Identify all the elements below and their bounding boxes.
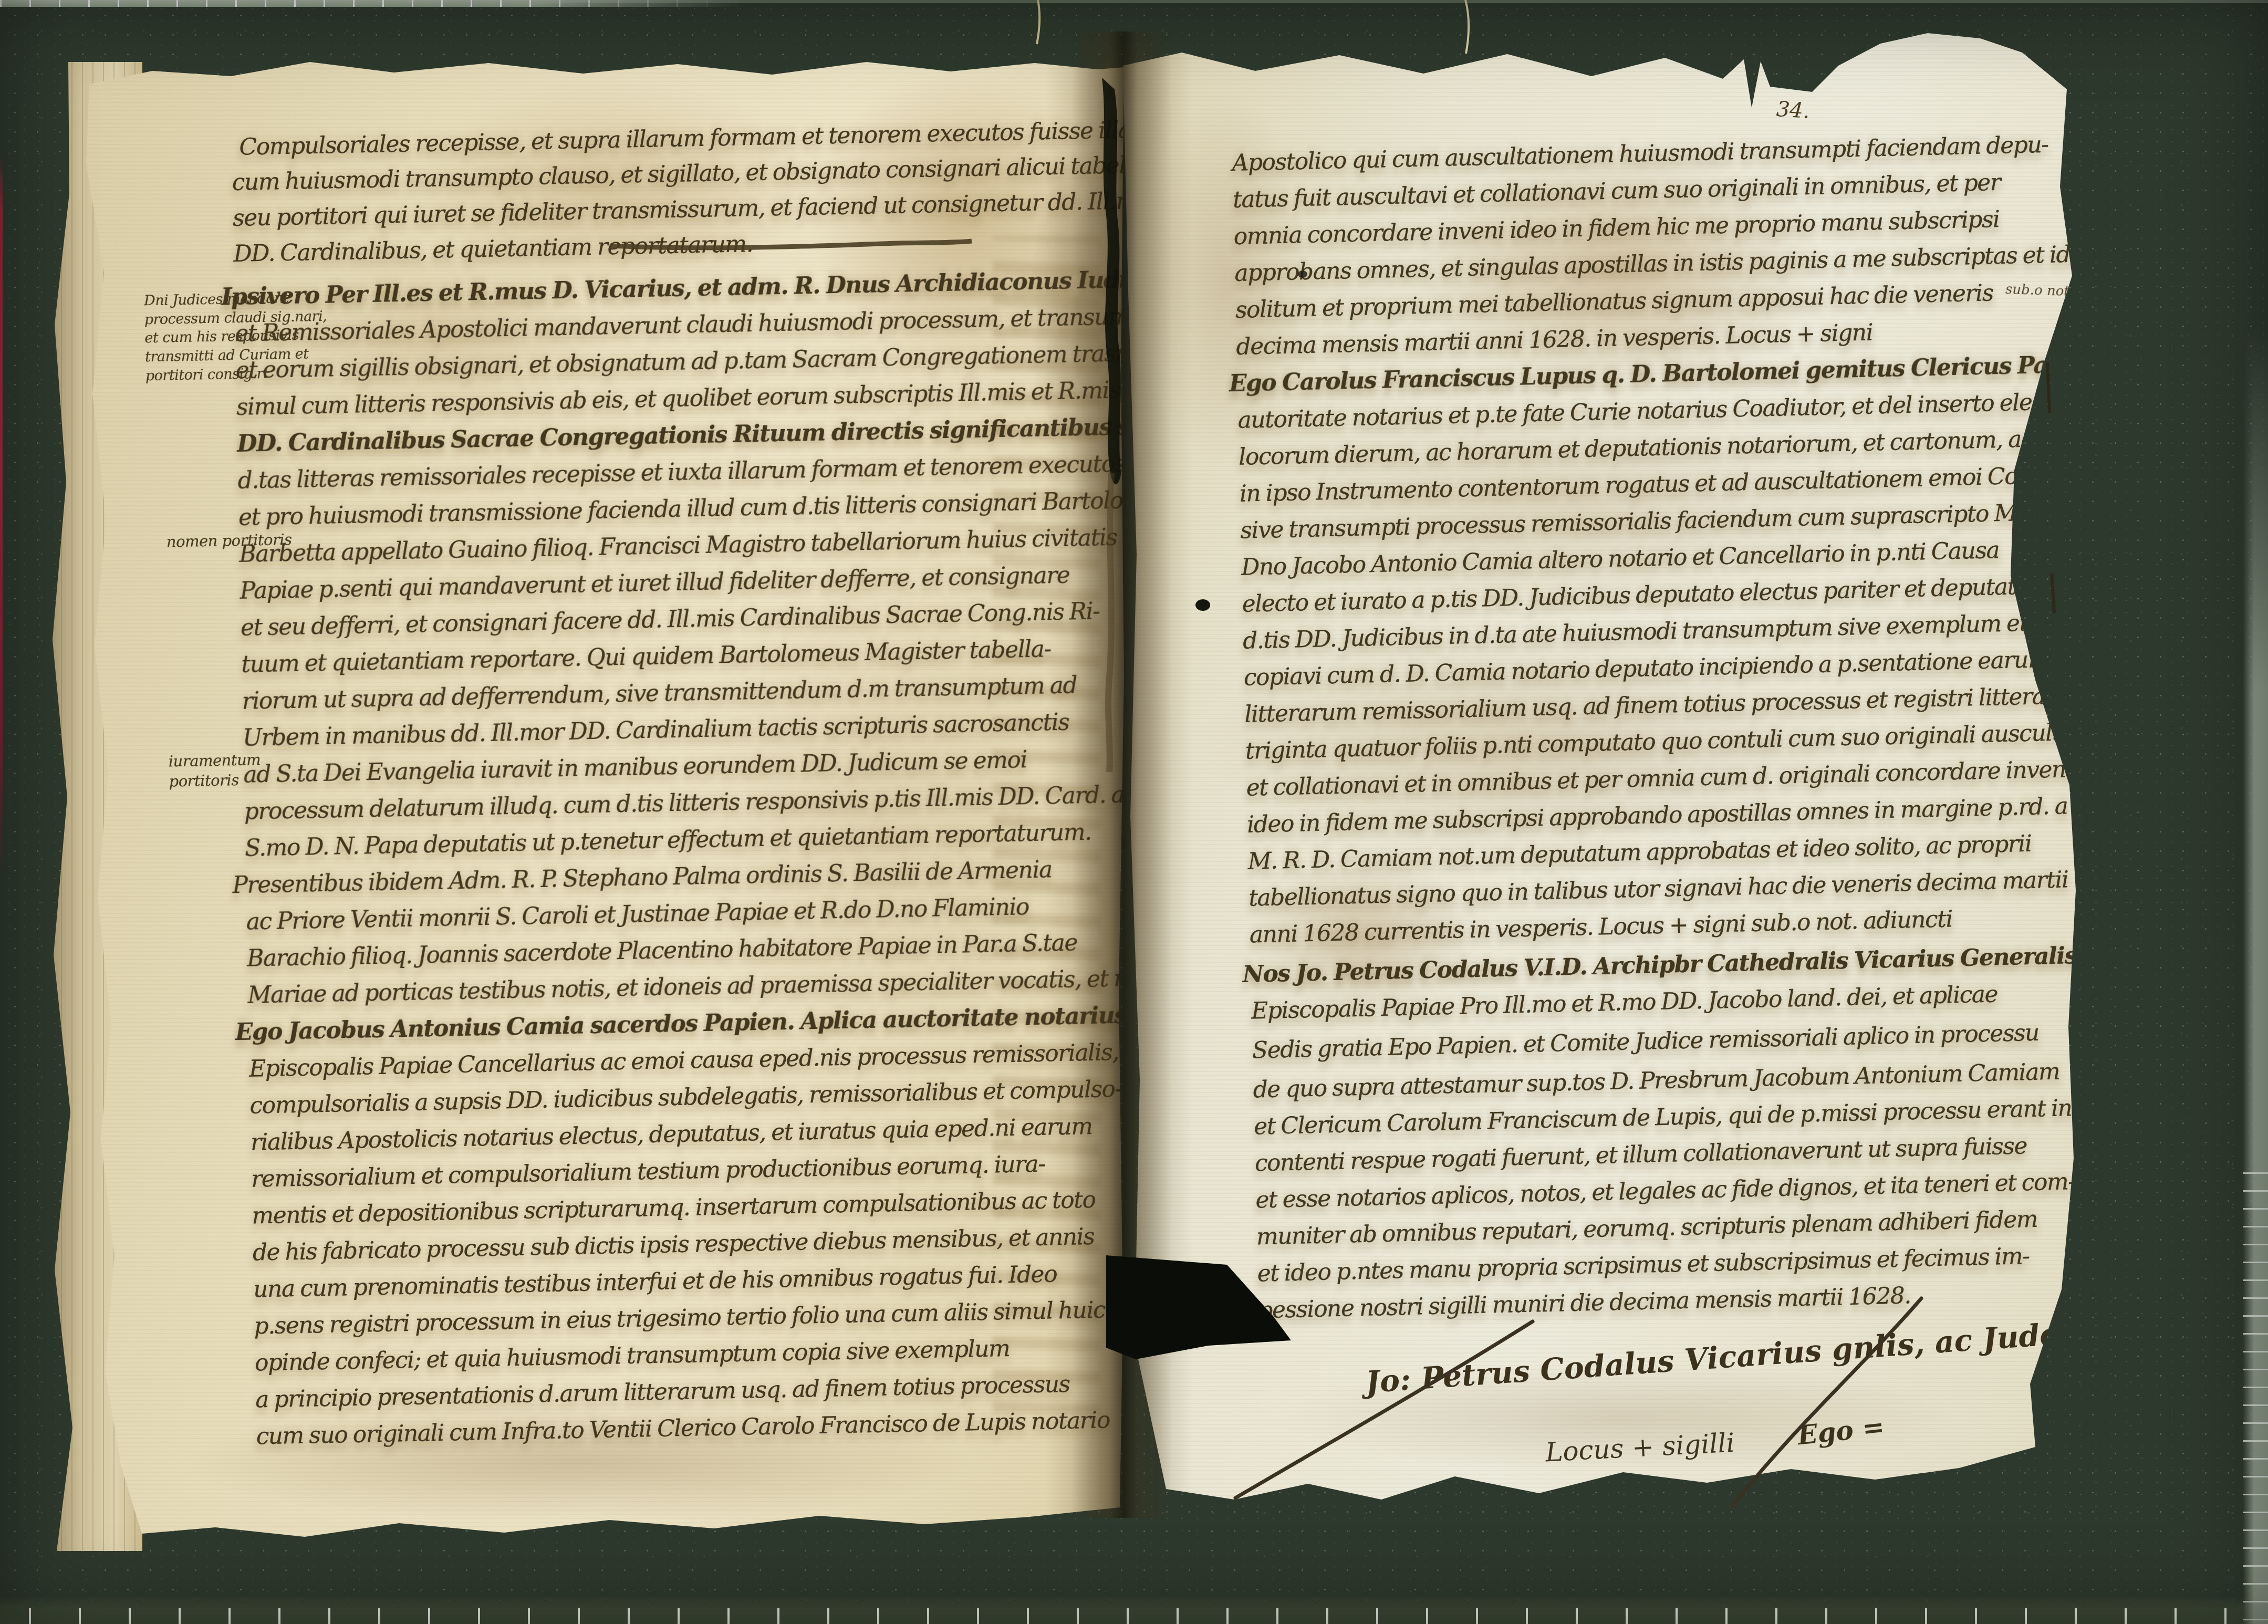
margin-note-line: transmitti ad Curiam et [145, 344, 328, 366]
manuscript-line: anni 1628 currentis in vesperis. Locus +… [1249, 905, 1952, 948]
margin-note-iuramentum: iuramentumportitoris [169, 749, 262, 792]
manuscript-line: tabellionatus signo quo in talibus utor … [1249, 866, 2068, 911]
manuscript-line: de quo supra attestamur sup.tos D. Presb… [1253, 1058, 2060, 1104]
left-page-margin-notes: Dni Judices mandar.tprocessum claudi sig… [56, 30, 1151, 1557]
manuscript-line: Episcopalis Papiae Pro Ill.mo et R.mo DD… [1251, 981, 1998, 1024]
manuscript-line: triginta quatuor foliis p.nti computato … [1245, 719, 2093, 765]
manuscript-photo-scene: Compulsoriales recepisse, et supra illar… [0, 0, 2268, 1624]
right-page: 34. sub.o notarii adiuncti Apostolico qu… [1119, 29, 2098, 1518]
ruler-right-ticks [2243, 1172, 2268, 1624]
ruler-bottom-ticks [29, 1608, 2268, 1624]
manuscript-line: copiavi cum d. D. Camia notario deputato… [1243, 646, 2063, 691]
manuscript-line: muniter ab omnibus reputari, eorumq. scr… [1256, 1206, 2037, 1251]
manuscript-line: d.tis DD. Judicibus in d.ta ate huiusmod… [1243, 610, 2028, 654]
right-page-text-block: Apostolico qui cum auscultationem huiusm… [1116, 9, 2129, 1521]
ruler-top [0, 0, 746, 7]
manuscript-line: solitum et proprium mei tabellionatus si… [1235, 279, 1993, 324]
manuscript-line: omnia concordare inveni ideo in fidem hi… [1233, 206, 2000, 250]
margin-note-nomen: nomen portitoris [167, 529, 292, 552]
ruler-bottom [0, 1596, 2268, 1624]
ruler-right [2243, 326, 2268, 1624]
margin-note-line: iuramentum [169, 749, 261, 772]
margin-note-line: portitoris [169, 769, 261, 792]
manuscript-line: et collationavi et in omnibus et per omn… [1246, 756, 2073, 801]
manuscript-line: Apostolico qui cum auscultationem huiusm… [1232, 131, 2048, 176]
margin-note-mandate: Dni Judices mandar.tprocessum claudi sig… [144, 288, 328, 386]
margin-note-line: processum claudi sig.nari, [144, 307, 327, 329]
manuscript-line: Nos Jo. Petrus Codalus V.I.D. Archipbr C… [1242, 940, 2164, 988]
manuscript-line: tatus fuit auscultavi et collationavi cu… [1233, 169, 2001, 213]
manuscript-line: M. R. D. Camiam not.um deputatum approba… [1247, 830, 2032, 875]
manuscript-line: pessione nostri sigilli muniri die decim… [1258, 1282, 1911, 1324]
red-film-edge-mark [0, 155, 3, 875]
manuscript-line: Dno Jacobo Antonio Camia altero notario … [1241, 537, 1999, 581]
manuscript-line: decima mensis martii anni 1628. in vespe… [1236, 319, 1873, 360]
manuscript-line: electo et iurato a p.tis DD. Judicibus d… [1242, 572, 2059, 617]
manuscript-line: et ideo p.ntes manu propria scripsimus e… [1257, 1243, 2030, 1287]
manuscript-line: Sedis gratia Epo Papien. et Comite Judic… [1252, 1019, 2039, 1064]
manuscript-line: in ipso Instrumento contentorum rogatus … [1239, 462, 2051, 507]
left-page: Compulsoriales recepisse, et supra illar… [58, 47, 1124, 1555]
manuscript-line: et esse notarios aplicos, notos, et lega… [1255, 1168, 2075, 1213]
manuscript-line: ideo in fidem me subscripsi approbando a… [1247, 793, 2068, 838]
manuscript-line: contenti respue rogati fuerunt, et illum… [1254, 1132, 2027, 1177]
margin-note-line: nomen portitoris [167, 529, 292, 552]
margin-note-line: portitori consig.ri [145, 363, 328, 385]
manuscript-line: sive transumpti processus remissorialis … [1240, 499, 2053, 544]
ruler-top-ticks [0, 0, 746, 7]
